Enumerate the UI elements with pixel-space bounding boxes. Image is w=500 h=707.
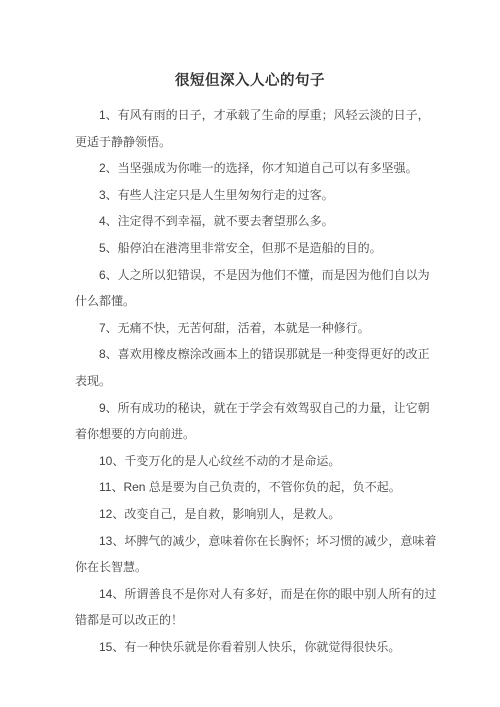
sentence-item: 6、人之所以犯错误，不是因为他们不懂，而是因为他们自以为什么都懂。	[75, 262, 440, 315]
sentence-item: 12、改变自己，是自救，影响别人，是救人。	[75, 501, 440, 528]
sentence-item: 2、当坚强成为你唯一的选择，你才知道自己可以有多坚强。	[75, 155, 440, 182]
sentence-item: 13、坏脾气的减少，意味着你在长胸怀；坏习惯的减少，意味着你在长智慧。	[75, 528, 440, 581]
sentence-item: 1、有风有雨的日子，才承载了生命的厚重；风轻云淡的日子，更适于静静领悟。	[75, 102, 440, 155]
sentence-item: 4、注定得不到幸福，就不要去奢望那么多。	[75, 208, 440, 235]
sentence-item: 7、无痛不快，无苦何甜，活着，本就是一种修行。	[75, 315, 440, 342]
sentence-item: 14、所谓善良不是你对人有多好，而是在你的眼中别人所有的过错都是可以改正的！	[75, 581, 440, 634]
sentence-list: 1、有风有雨的日子，才承载了生命的厚重；风轻云淡的日子，更适于静静领悟。 2、当…	[75, 102, 440, 660]
sentence-item: 3、有些人注定只是人生里匆匆行走的过客。	[75, 182, 440, 209]
sentence-item: 11、Ren 总是要为自己负责的，不管你负的起，负不起。	[75, 474, 440, 501]
sentence-item: 9、所有成功的秘诀，就在于学会有效驾驭自己的力量，让它朝着你想要的方向前进。	[75, 395, 440, 448]
sentence-item: 5、船停泊在港湾里非常安全，但那不是造船的目的。	[75, 235, 440, 262]
sentence-item: 8、喜欢用橡皮檫涂改画本上的错误那就是一种变得更好的改正表现。	[75, 341, 440, 394]
sentence-item: 15、有一种快乐就是你看着别人快乐，你就觉得很快乐。	[75, 634, 440, 661]
article-page: 很短但深入人心的句子 1、有风有雨的日子，才承载了生命的厚重；风轻云淡的日子，更…	[0, 0, 500, 707]
page-title: 很短但深入人心的句子	[0, 0, 500, 91]
sentence-item: 10、千变万化的是人心纹丝不动的才是命运。	[75, 448, 440, 475]
